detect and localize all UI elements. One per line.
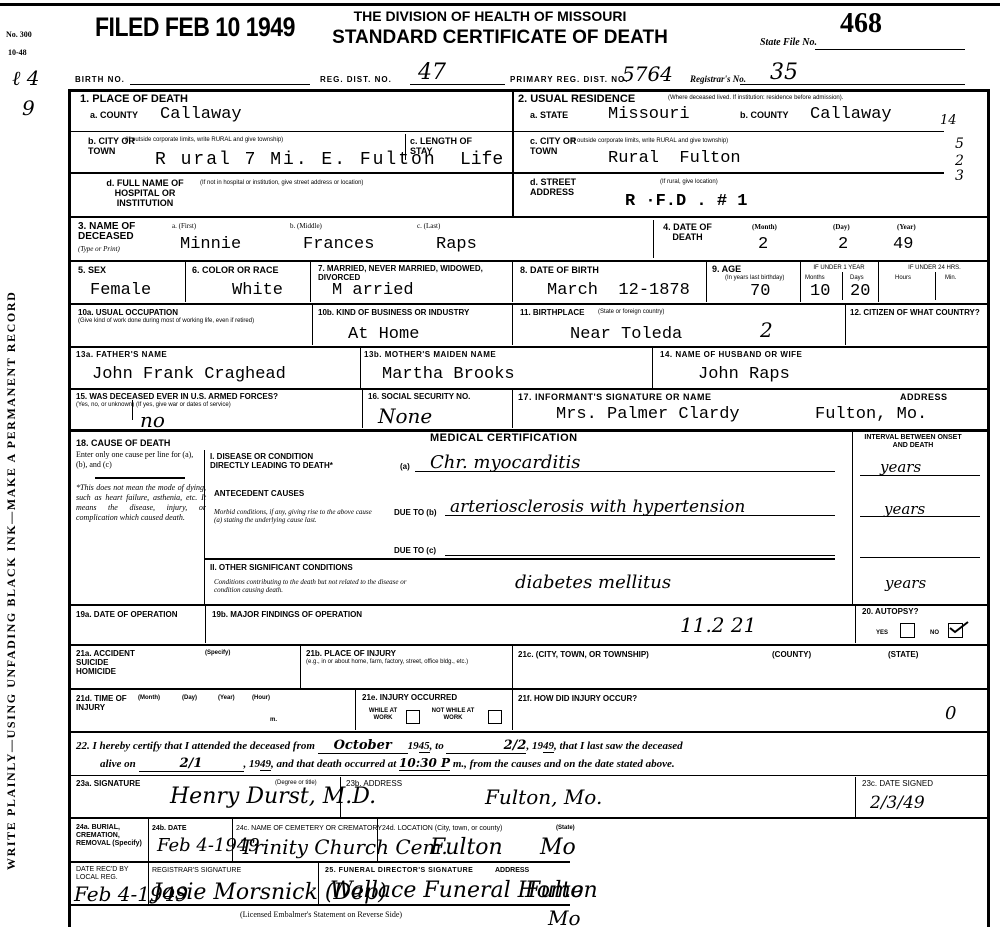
primary-reg-label: PRIMARY REG. DIST. NO.: [510, 75, 628, 84]
cert-text-6: m., from the causes and on the date stat…: [453, 758, 675, 770]
mother-name: Martha Brooks: [382, 366, 515, 384]
divider: [878, 262, 879, 302]
occupation-label: 10a. USUAL OCCUPATION: [78, 308, 178, 318]
not-at-work-label: NOT WHILE AT WORK: [428, 708, 478, 722]
residence-county-label: b. COUNTY: [740, 110, 789, 120]
last-seen-date: 2/1: [139, 756, 244, 772]
cause-instructions: Enter only one cause per line for (a), (…: [76, 450, 206, 470]
marital-status: M arried: [332, 282, 414, 300]
divider: [148, 863, 149, 905]
age-months: 10: [810, 283, 830, 301]
divider: [70, 346, 990, 348]
line-a-label: (a): [400, 462, 410, 472]
divider: [310, 262, 311, 302]
ssn-label: 16. SOCIAL SECURITY NO.: [368, 392, 503, 402]
birth-no-label: BIRTH NO.: [75, 75, 125, 84]
citizen-label: 12. CITIZEN OF WHAT COUNTRY?: [850, 308, 980, 318]
last-seen-year: 49: [260, 758, 271, 771]
death-time: 10:30 P: [399, 756, 450, 771]
divider: [70, 904, 570, 906]
residence-state-label: a. STATE: [530, 110, 568, 120]
business: At Home: [348, 326, 419, 344]
father-name: John Frank Craghead: [92, 366, 286, 384]
injury-county-label: (COUNTY): [772, 650, 811, 660]
primary-reg-no: 5764: [622, 62, 673, 86]
county-label: a. COUNTY: [90, 110, 138, 120]
divider: [132, 400, 133, 420]
hospital-label: d. FULL NAME OF HOSPITAL OR INSTITUTION: [90, 178, 200, 208]
injury-day: (Day): [182, 695, 197, 702]
divider: [360, 348, 361, 388]
operation-date-label: 19a. DATE OF OPERATION: [76, 610, 178, 620]
form-date: 10-48: [8, 48, 27, 57]
cause-footnote: *This does not mean the mode of dying, s…: [76, 483, 206, 523]
cause-line-b: arteriosclerosis with hypertension: [450, 497, 745, 517]
spouse-label: 14. NAME OF HUSBAND OR WIFE: [660, 350, 802, 360]
interval-label: INTERVAL BETWEEN ONSET AND DEATH: [858, 434, 968, 450]
under-year-label: IF UNDER 1 YEAR: [804, 265, 874, 272]
interval-other: years: [885, 574, 926, 592]
race-label: 6. COLOR OR RACE: [192, 265, 279, 275]
margin-mark-2: 9: [22, 96, 35, 120]
divider: [512, 390, 513, 428]
ssn: None: [378, 404, 432, 428]
middle-name: Frances: [303, 236, 374, 254]
divider: [706, 262, 707, 302]
divider: [362, 390, 363, 428]
year-label: (Year): [897, 223, 916, 231]
days-label: Days: [850, 275, 864, 282]
medical-heading: MEDICAL CERTIFICATION: [430, 432, 578, 444]
name-label: 3. NAME OF DECEASED: [78, 222, 158, 242]
divider: [300, 646, 301, 688]
divider: [70, 861, 570, 863]
divider: [860, 557, 980, 558]
hours-label: Hours: [895, 275, 911, 282]
injury-how-code: 0: [945, 703, 956, 724]
divider: [205, 558, 835, 560]
burial-location: Fulton: [430, 835, 503, 860]
signature-label: 23a. SIGNATURE: [76, 779, 140, 789]
line-b-label: DUE TO (b): [394, 508, 437, 518]
divider: [445, 515, 835, 516]
funeral-director-label: 25. FUNERAL DIRECTOR'S SIGNATURE: [325, 866, 473, 876]
residence-note: (Where deceased lived. If institution: r…: [668, 95, 988, 102]
dob-label: 8. DATE OF BIRTH: [520, 265, 599, 275]
antecedent-label: ANTECEDENT CAUSES: [214, 489, 304, 499]
burial-date-label: 24b. DATE: [152, 824, 187, 834]
divider: [652, 348, 653, 388]
cert-text-3: , that I last saw the deceased: [554, 740, 683, 752]
age-years: 70: [750, 283, 770, 301]
divider: [95, 477, 185, 479]
margin-mark-1: ℓ 4: [12, 66, 39, 91]
birthplace: Near Toleda: [570, 326, 682, 344]
footer-note: (Licensed Embalmer's Statement on Revers…: [240, 910, 402, 919]
street-address: R ·F.D . # 1: [625, 193, 747, 211]
middle-name-label: b. (Middle): [290, 222, 322, 230]
cert-text-1: 22. I hereby certify that I attended the…: [76, 740, 315, 752]
hospital-field[interactable]: [200, 195, 400, 209]
burial-location-label: 24d. LOCATION (City, town, or county): [382, 824, 502, 834]
injury-time-label: 21d. TIME OF INJURY: [76, 694, 136, 712]
divider: [355, 690, 356, 730]
city-note: (If outside corporate limits, write RURA…: [125, 137, 355, 144]
divider: [852, 432, 853, 604]
autopsy-no-checkbox[interactable]: [948, 623, 963, 638]
margin-code-3: 2: [955, 153, 964, 169]
father-label: 13a. FATHER'S NAME: [76, 350, 167, 360]
injury-m: m.: [270, 717, 277, 724]
other-conditions: diabetes mellitus: [515, 572, 671, 593]
funeral-state: Mo: [548, 906, 581, 930]
armed-forces-label: 15. WAS DECEASED EVER IN U.S. ARMED FORC…: [76, 392, 278, 402]
divider: [70, 131, 512, 132]
divider: [512, 305, 513, 345]
injury-month: (Month): [138, 695, 160, 702]
death-year: 49: [893, 236, 913, 254]
attended-from-year: 45: [419, 740, 430, 753]
state-file-number: 468: [840, 8, 882, 40]
divider: [410, 84, 505, 85]
injury-specify: (Specify): [205, 650, 230, 657]
race: White: [232, 282, 283, 300]
attended-to-year: 49: [543, 740, 554, 753]
business-label: 10b. KIND OF BUSINESS OR INDUSTRY: [318, 308, 508, 318]
findings-label: 19b. MAJOR FINDINGS OF OPERATION: [212, 610, 362, 620]
certification-text: 22. I hereby certify that I attended the…: [76, 738, 683, 754]
line-c-label: DUE TO (c): [394, 546, 436, 556]
injury-occurred-label: 21e. INJURY OCCURRED: [362, 693, 457, 703]
cause-of-death-label: 18. CAUSE OF DEATH: [76, 438, 170, 448]
division-title: THE DIVISION OF HEALTH OF MISSOURI: [340, 8, 640, 24]
divider: [70, 731, 990, 733]
birthplace-note: (State or foreign country): [598, 309, 664, 316]
funeral-address: Fulton: [525, 878, 598, 903]
other-conditions-label: II. OTHER SIGNIFICANT CONDITIONS: [210, 563, 353, 573]
interval-a: years: [880, 458, 921, 476]
filed-stamp: FILED FEB 10 1949: [95, 12, 295, 43]
certificate-title: STANDARD CERTIFICATE OF DEATH: [320, 27, 680, 49]
injury-hour: (Hour): [252, 695, 270, 702]
state-file-label: State File No.: [760, 37, 817, 48]
year-prefix: 19: [532, 740, 543, 752]
burial-state-label: (State): [556, 825, 575, 832]
certification-text-line2: alive on 2/1, 1949, and that death occur…: [100, 756, 675, 772]
registrar-label: REGISTRAR'S SIGNATURE: [152, 866, 241, 876]
divider: [514, 172, 944, 174]
date-signed-label: 23c. DATE SIGNED: [862, 779, 933, 789]
divider: [318, 863, 319, 905]
age-label: 9. AGE: [712, 264, 741, 274]
first-name: Minnie: [180, 236, 241, 254]
injury-place-note: (e.g., in or about home, farm, factory, …: [306, 659, 506, 666]
divider: [204, 450, 205, 605]
residence-state: Missouri: [608, 106, 690, 124]
form-number: No. 300: [6, 30, 32, 39]
registrar-no-label: Registrar's No.: [690, 74, 746, 84]
antecedent-note: Morbid conditions, if any, giving rise t…: [214, 508, 374, 524]
first-name-label: a. (First): [172, 222, 196, 230]
injury-state-label: (STATE): [888, 650, 918, 660]
birth-no-field[interactable]: [130, 84, 310, 85]
residence-heading: 2. USUAL RESIDENCE: [518, 93, 635, 105]
divider: [512, 90, 514, 218]
burial-type-label: 24a. BURIAL, CREMATION, REMOVAL (Specify…: [76, 824, 151, 848]
funeral-address-label: ADDRESS: [495, 866, 529, 876]
months-label: Months: [805, 275, 825, 282]
date-of-birth: March 12-1878: [547, 282, 690, 300]
informant-address-label: ADDRESS: [900, 392, 948, 402]
divider: [312, 305, 313, 345]
marital-label: 7. MARRIED, NEVER MARRIED, WIDOWED, DIVO…: [318, 264, 508, 282]
cert-text-2: , to: [430, 740, 444, 752]
divider: [860, 516, 980, 517]
registrar-no: 35: [770, 60, 798, 85]
death-day: 2: [838, 236, 848, 254]
cemetery-label: 24c. NAME OF CEMETERY OR CREMATORY: [236, 824, 382, 834]
armed-forces-note-1: (Yes, no, or unknown): [76, 402, 134, 409]
date-signed: 2/3/49: [870, 793, 925, 813]
residence-city: Rural Fulton: [608, 150, 741, 168]
divider: [70, 604, 990, 606]
birthplace-code: 2: [760, 318, 773, 342]
divider: [340, 777, 341, 817]
autopsy-no-label: NO: [930, 630, 939, 637]
death-month: 2: [758, 236, 768, 254]
at-work-checkbox[interactable]: [406, 710, 420, 724]
divider: [815, 49, 965, 50]
at-work-label: WHILE AT WORK: [360, 708, 406, 722]
divider: [514, 131, 944, 132]
street-label: d. STREET ADDRESS: [530, 177, 590, 197]
side-instruction: WRITE PLAINLY—USING UNFADING BLACK INK—M…: [4, 110, 19, 870]
attended-to: 2/2: [446, 738, 526, 754]
other-conditions-note: Conditions contributing to the death but…: [214, 578, 414, 594]
divider: [70, 688, 990, 690]
death-city: R ural 7 Mi. E. Fulton: [155, 150, 437, 170]
cert-text-5: , and that death occurred at: [271, 758, 396, 770]
divider: [740, 84, 965, 85]
divider: [415, 471, 835, 472]
month-label: (Month): [752, 223, 777, 231]
autopsy-yes-checkbox[interactable]: [900, 623, 915, 638]
date-recd-label: DATE REC'D BY LOCAL REG.: [76, 866, 146, 882]
divider: [845, 305, 846, 345]
cert-text-4: alive on: [100, 758, 136, 770]
injury-year: (Year): [218, 695, 235, 702]
spouse-name: John Raps: [698, 366, 790, 384]
divider: [855, 777, 856, 817]
burial-state: Mo: [540, 835, 576, 860]
residence-county: Callaway: [810, 106, 892, 124]
divider: [935, 272, 936, 300]
injury-city-label: 21c. (CITY, TOWN, OR TOWNSHIP): [518, 650, 649, 660]
divider: [70, 775, 990, 776]
cause-line-a: Chr. myocarditis: [430, 452, 580, 473]
divider: [70, 260, 990, 262]
divider: [855, 606, 856, 643]
autopsy-yes-label: YES: [876, 630, 888, 637]
disease-label: I. DISEASE OR CONDITION DIRECTLY LEADING…: [210, 452, 350, 470]
min-label: Min.: [945, 275, 956, 282]
divider: [185, 262, 186, 302]
margin-code-4: 3: [955, 168, 964, 184]
injury-place-label: 21b. PLACE OF INJURY: [306, 649, 396, 659]
mother-label: 13b. MOTHER'S MAIDEN NAME: [364, 350, 496, 360]
divider: [800, 262, 801, 302]
divider: [70, 216, 990, 218]
occupation-note: (Give kind of work done during most of w…: [78, 318, 308, 325]
informant-label: 17. INFORMANT'S SIGNATURE OR NAME: [518, 392, 711, 402]
reg-dist-no: 47: [418, 60, 446, 85]
divider: [70, 817, 990, 819]
divider: [445, 555, 835, 556]
margin-code-2: 5: [955, 136, 964, 152]
cemetery-name: Trinity Church Cem.: [240, 835, 448, 859]
residence-city-note: (If outside corporate limits, write RURA…: [570, 138, 870, 145]
autopsy-label: 20. AUTOPSY?: [862, 607, 918, 617]
margin-code-1: 14: [940, 113, 957, 128]
physician-address: Fulton, Mo.: [485, 785, 602, 809]
year-prefix: 19: [249, 758, 260, 770]
divider: [148, 819, 149, 861]
last-name: Raps: [436, 236, 477, 254]
informant-address: Fulton, Mo.: [815, 406, 927, 424]
sex-label: 5. SEX: [78, 265, 106, 275]
divider: [653, 220, 654, 258]
physician-address-label: 23b. ADDRESS: [346, 779, 402, 789]
birthplace-label: 11. BIRTHPLACE: [520, 308, 584, 318]
death-county: Callaway: [160, 106, 242, 124]
date-of-death-label: 4. DATE OF DEATH: [660, 222, 715, 242]
reg-dist-label: REG. DIST. NO.: [320, 75, 392, 84]
injury-type-label: 21a. ACCIDENT SUICIDE HOMICIDE: [76, 649, 146, 676]
divider: [405, 134, 406, 160]
not-at-work-checkbox[interactable]: [488, 710, 502, 724]
divider: [512, 262, 513, 302]
divider: [842, 272, 843, 300]
divider: [70, 388, 990, 390]
place-of-death-heading: 1. PLACE OF DEATH: [80, 93, 188, 105]
sex: Female: [90, 282, 151, 300]
divider: [70, 172, 512, 174]
street-note: (If rural, give location): [660, 179, 718, 186]
findings-code: 11.2 21: [680, 613, 756, 637]
divider: [70, 644, 990, 646]
day-label: (Day): [833, 223, 850, 231]
name-note: (Type or Print): [78, 245, 120, 253]
age-note: (In years last birthday): [725, 275, 784, 282]
age-days: 20: [850, 283, 870, 301]
top-border: [0, 3, 1000, 6]
divider: [232, 819, 233, 861]
divider: [70, 303, 990, 305]
year-prefix: 19: [408, 740, 419, 752]
attended-from: October: [318, 738, 408, 754]
last-name-label: c. (Last): [417, 222, 440, 230]
divider: [377, 819, 378, 861]
divider: [860, 475, 980, 476]
divider: [68, 89, 990, 92]
divider: [205, 606, 206, 643]
checkmark-icon: [948, 620, 970, 634]
hospital-note: (If not in hospital or institution, give…: [200, 180, 510, 187]
injury-how-label: 21f. HOW DID INJURY OCCUR?: [518, 694, 637, 704]
length-of-stay: Life: [460, 150, 503, 170]
under-day-label: IF UNDER 24 HRS.: [882, 265, 987, 272]
informant-name: Mrs. Palmer Clardy: [556, 406, 740, 424]
